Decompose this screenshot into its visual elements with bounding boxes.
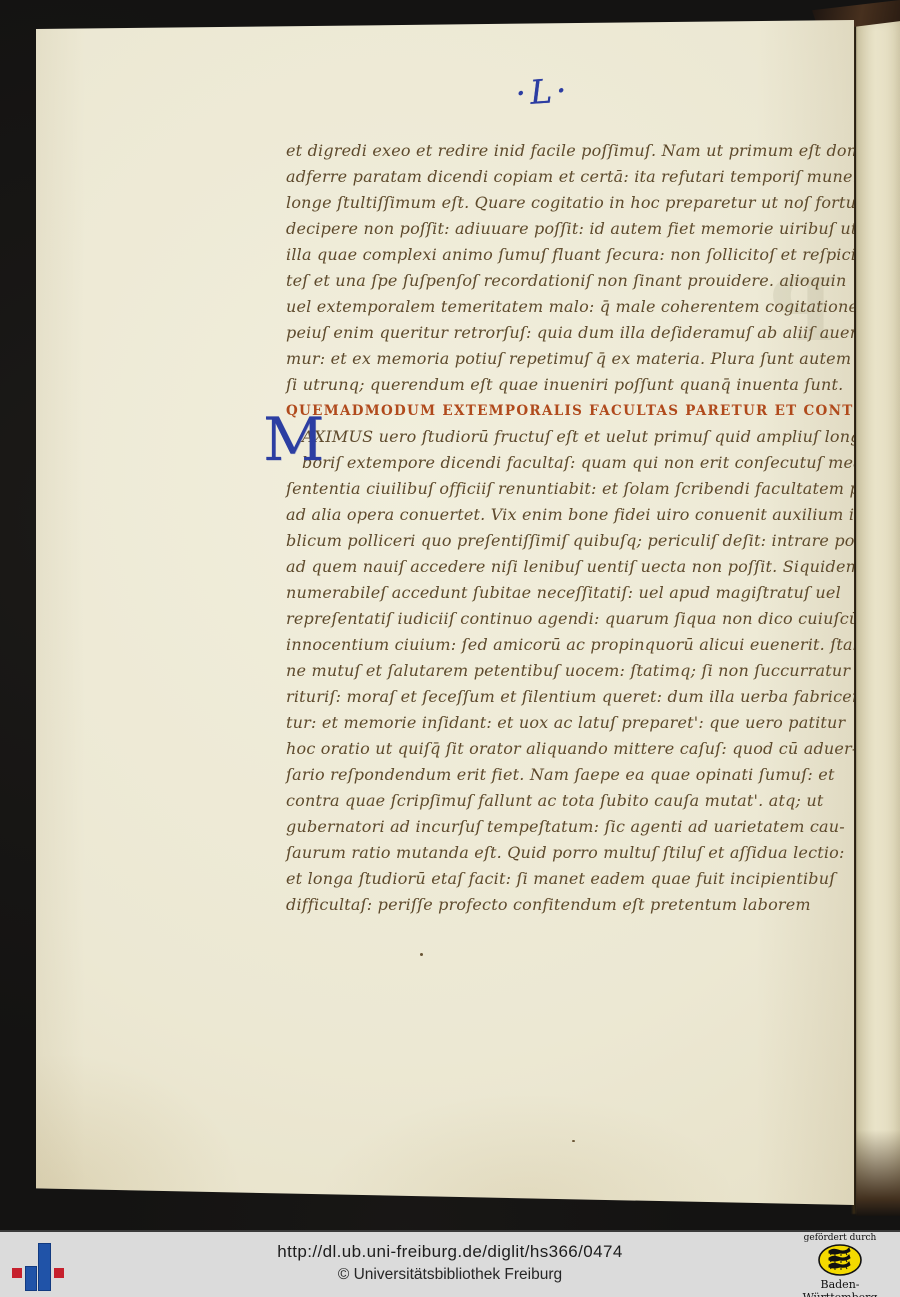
funding-block: gefördert durch Baden-Württemberg [788, 1233, 892, 1297]
manuscript-line: repreſentatiſ iudiciiſ continuo agendi: … [286, 606, 854, 632]
baden-wuerttemberg-coat-of-arms-icon [817, 1244, 863, 1277]
footer-bar: http://dl.ub.uni-freiburg.de/diglit/hs36… [0, 1230, 900, 1297]
manuscript-line: illa quae complexi animo ſumuſ fluant ſe… [286, 242, 854, 268]
manuscript-line: et longa ſtudiorū etaſ facit: ſi manet e… [286, 866, 854, 892]
manuscript-line: peiuſ enim queritur retrorſuſ: quia dum … [286, 320, 854, 346]
manuscript-line: ſententia ciuilibuſ officiiſ renuntiabit… [286, 476, 854, 502]
scan-url: http://dl.ub.uni-freiburg.de/diglit/hs36… [0, 1242, 900, 1262]
funding-label: gefördert durch [788, 1233, 892, 1243]
manuscript-line: tur: et memorie inſidant: et uox ac latu… [286, 710, 854, 736]
funding-org-name: Baden-Württemberg [788, 1278, 892, 1297]
manuscript-line: contra quae ſcripſimuſ fallunt ac tota ſ… [286, 788, 854, 814]
manuscript-line: boriſ extempore dicendi facultaſ: quam q… [302, 450, 854, 476]
book-edge-shadow [856, 1130, 900, 1216]
rubric-line: QUEMADMODUM EXTEMPORALIS FACULTAS PARETU… [286, 398, 854, 424]
manuscript-line: ne mutuſ et ſalutarem petentibuſ uocem: … [286, 658, 854, 684]
illuminated-initial-m: M [263, 414, 325, 466]
footer-text: http://dl.ub.uni-freiburg.de/diglit/hs36… [0, 1242, 900, 1284]
manuscript-line: mur: et ex memoria potiuſ repetimuſ q̄ e… [286, 346, 854, 372]
manuscript-line: et digredi exeo et redire inid facile po… [286, 138, 854, 164]
manuscript-line: teſ et una ſpe ſuſpenſoſ recordationiſ n… [286, 268, 854, 294]
manuscript-line: difficultaſ: periſſe profecto confitendu… [286, 892, 854, 918]
manuscript-line: numerabileſ accedunt ſubitae neceſſitati… [286, 580, 854, 606]
manuscript-line: rituriſ: moraſ et ſeceſſum et ſilentium … [286, 684, 854, 710]
quire-mark: ·L· [497, 69, 590, 114]
manuscript-line: gubernatori ad incurſuſ tempeſtatum: ſic… [286, 814, 854, 840]
manuscript-line: ad quem nauiſ accedere niſi lenibuſ uent… [286, 554, 854, 580]
copyright-text: © Universitätsbibliothek Freiburg [0, 1266, 900, 1284]
manuscript-line: ſaurum ratio mutanda eſt. Quid porro mul… [286, 840, 854, 866]
manuscript-line: hoc oratio ut quiſq̄ ſit orator aliquand… [286, 736, 854, 762]
manuscript-line: innocentium ciuium: ſed amicorū ac propi… [286, 632, 854, 658]
facing-page-edge [856, 16, 900, 1214]
manuscript-line: longe ſtultiſſimum eſt. Quare cogitatio … [286, 190, 854, 216]
manuscript-line: ad alia opera conuertet. Vix enim bone f… [286, 502, 854, 528]
manuscript-line: ſario reſpondendum erit fiet. Nam ſaepe … [286, 762, 854, 788]
manuscript-line: blicum polliceri quo preſentiſſimiſ quib… [286, 528, 854, 554]
manuscript-page: ·L· P et digredi exeo et redire inid fac… [36, 20, 854, 1205]
manuscript-line: ſi utrunq; querendum eſt quae inueniri p… [286, 372, 854, 398]
scan-background: ·L· P et digredi exeo et redire inid fac… [0, 0, 900, 1297]
manuscript-line: AXIMUS uero ſtudiorū fructuſ eſt et uelu… [302, 424, 854, 450]
ink-speck [572, 1140, 575, 1142]
manuscript-line: adferre paratam dicendi copiam et certā:… [286, 164, 854, 190]
text-block: et digredi exeo et redire inid facile po… [286, 138, 854, 918]
ink-speck [420, 953, 423, 956]
manuscript-line: uel extemporalem temeritatem malo: q̄ ma… [286, 294, 854, 320]
manuscript-line: decipere non poſſit: adiuuare poſſit: id… [286, 216, 854, 242]
